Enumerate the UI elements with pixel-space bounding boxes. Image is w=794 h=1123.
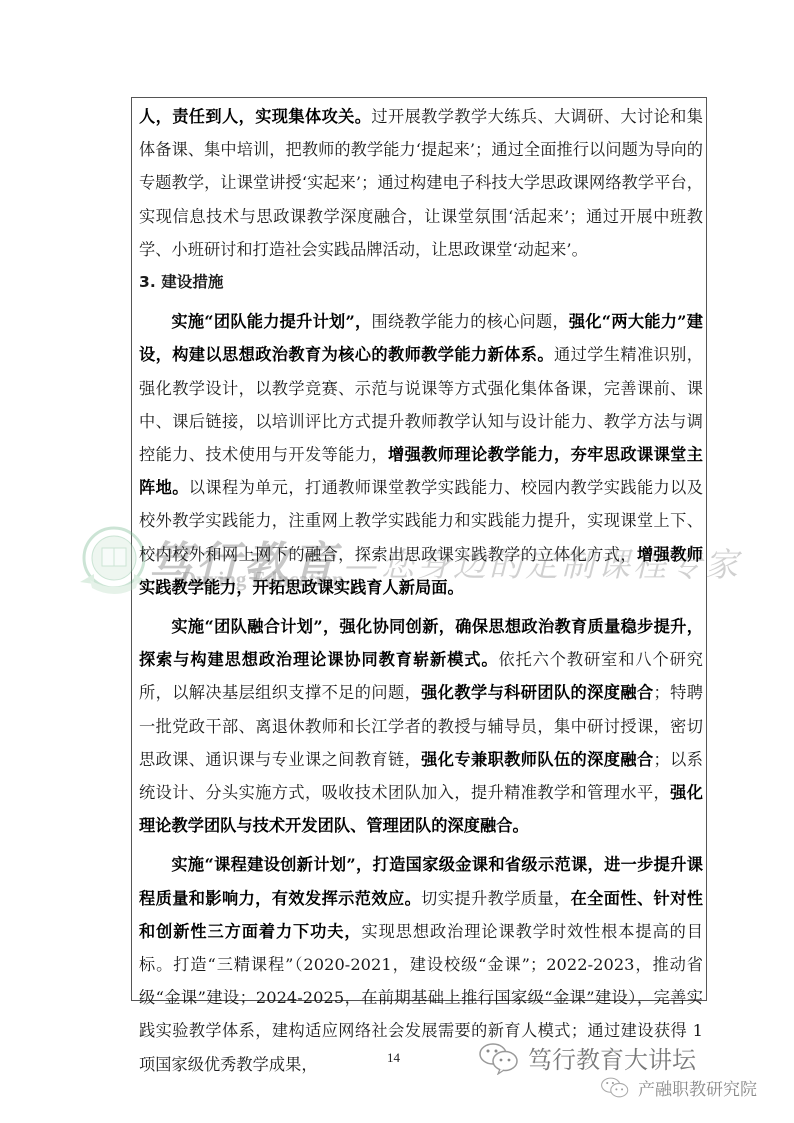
bold-phrase: 实施“团队能力提升计划”， — [171, 312, 371, 331]
footer-brand-sub: 产融职教研究院 — [600, 1075, 757, 1100]
bold-phrase: 强化专兼职教师队伍的深度融合 — [421, 750, 653, 769]
wechat-icon — [478, 1041, 520, 1075]
footer-brand-main: 笃行教育大讲坛 — [478, 1040, 696, 1075]
paragraph-team-attack: 人，责任到人，实现集体攻关。过开展教学教学大练兵、大调研、大讨论和集体备课、集中… — [139, 100, 703, 266]
bold-phrase: 强化教学与科研团队的深度融合 — [421, 683, 653, 702]
body-text: 过开展教学教学大练兵、大调研、大讨论和集体备课、集中培训，把教师的教学能力‘提起… — [139, 107, 703, 259]
document-body: 人，责任到人，实现集体攻关。过开展教学教学大练兵、大调研、大讨论和集体备课、集中… — [139, 100, 703, 1081]
paragraph-capability-plan: 实施“团队能力提升计划”，围绕教学能力的核心问题，强化“两大能力”建设，构建以思… — [139, 305, 703, 604]
footer-brand-main-text: 笃行教育大讲坛 — [528, 1040, 696, 1075]
body-text: 切实提升教学质量， — [421, 889, 570, 908]
section-heading: 3. 建设措施 — [139, 266, 703, 299]
paragraph-integration-plan: 实施“团队融合计划”，强化协同创新，确保思想政治教育质量稳步提升，探索与构建思想… — [139, 610, 703, 842]
body-text: 以课程为单元，打通教师课堂教学实践能力、校园内教学实践能力以及校外教学实践能力，… — [139, 478, 703, 563]
page-number: 14 — [387, 1050, 400, 1066]
wechat-icon — [600, 1076, 630, 1100]
bold-phrase: 人，责任到人，实现集体攻关。 — [139, 107, 371, 126]
footer-brand-sub-text: 产融职教研究院 — [638, 1075, 757, 1100]
body-text: 围绕教学能力的核心问题， — [372, 312, 569, 331]
